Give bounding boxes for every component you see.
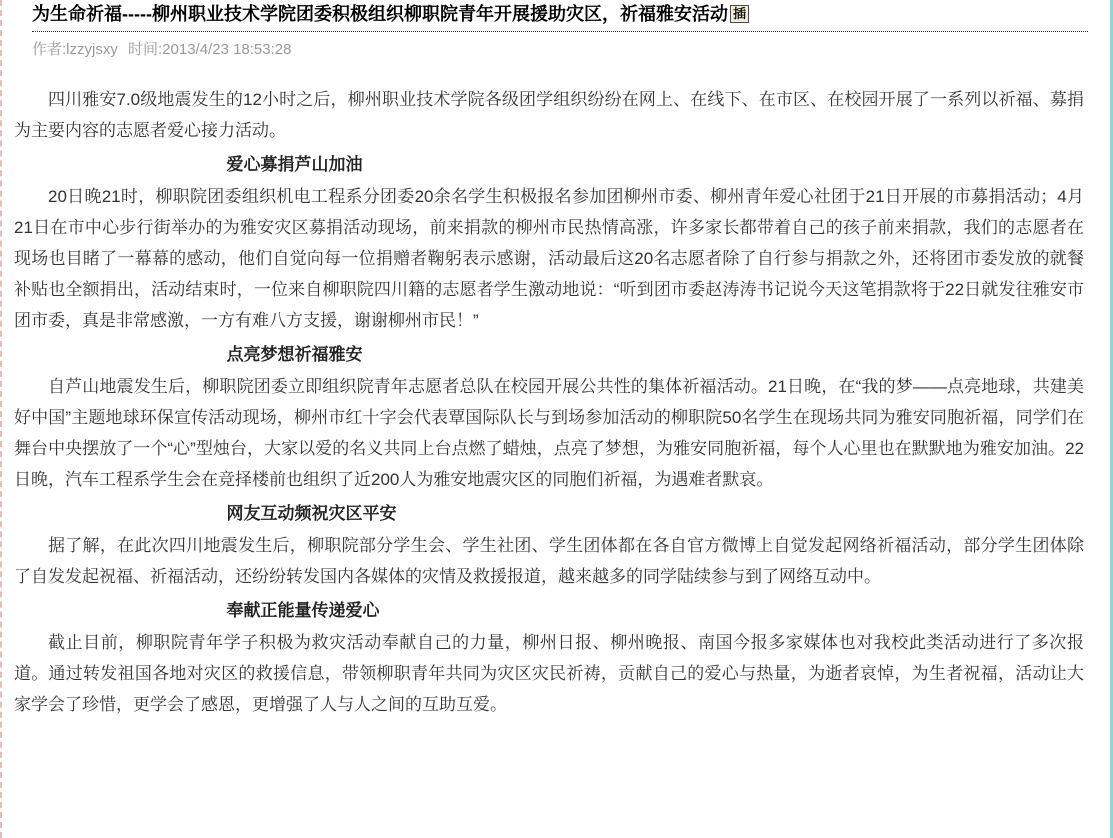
article-body: 四川雅安7.0级地震发生的12小时之后，柳州职业技术学院各级团学组织纷纷在网上、… [2, 60, 1110, 720]
author-label: 作者:lzzyjsxy [32, 41, 118, 58]
section-heading: 点亮梦想祈福雅安 [14, 339, 1084, 370]
article-title-row: 为生命祈福-----柳州职业技术学院团委积极组织柳职院青年开展援助灾区，祈福雅安… [32, 3, 1088, 32]
article-meta: 作者:lzzyjsxy 时间:2013/4/23 18:53:28 [32, 40, 1088, 60]
page-title: 为生命祈福-----柳州职业技术学院团委积极组织柳职院青年开展援助灾区，祈福雅安… [32, 4, 728, 24]
paragraph: 自芦山地震发生后，柳职院团委立即组织院青年志愿者总队在校园开展公共性的集体祈福活… [14, 371, 1084, 495]
section-heading: 爱心募捐芦山加油 [14, 149, 1084, 180]
section-heading: 网友互动频祝灾区平安 [14, 498, 1084, 529]
paragraph: 20日晚21时，柳职院团委组织机电工程系分团委20余名学生积极报名参加团柳州市委… [14, 181, 1084, 336]
paragraph: 四川雅安7.0级地震发生的12小时之后，柳州职业技术学院各级团学组织纷纷在网上、… [14, 84, 1084, 146]
paragraph: 据了解，在此次四川地震发生后，柳职院部分学生会、学生社团、学生团体都在各自官方微… [14, 530, 1084, 592]
section-heading: 奉献正能量传递爱心 [14, 595, 1084, 626]
article-page: 为生命祈福-----柳州职业技术学院团委积极组织柳职院青年开展援助灾区，祈福雅安… [0, 0, 1113, 838]
publish-time-label: 时间:2013/4/23 18:53:28 [128, 41, 291, 58]
paragraph: 截止目前，柳职院青年学子积极为救灾活动奉献自己的力量，柳州日报、柳州晚报、南国今… [14, 627, 1084, 720]
image-attachment-badge-icon: 插 [730, 5, 749, 23]
